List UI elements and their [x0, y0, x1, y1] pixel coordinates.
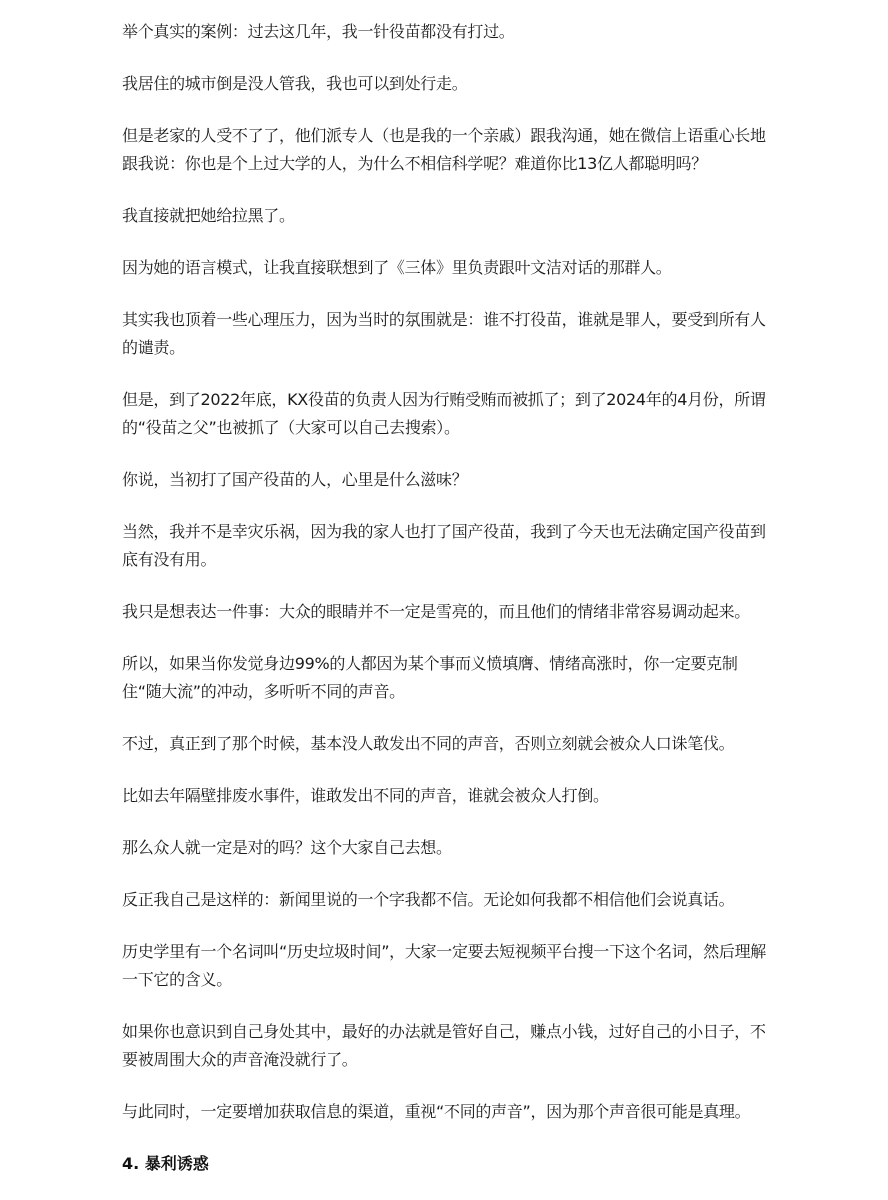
paragraph: 当然，我并不是幸灾乐祸，因为我的家人也打了国产役苗，我到了今天也无法确定国产役苗… — [122, 518, 772, 574]
paragraph: 历史学里有一个名词叫“历史垃圾时间”，大家一定要去短视频平台搜一下这个名词，然后… — [122, 938, 772, 994]
paragraph: 举个真实的案例：过去这几年，我一针役苗都没有打过。 — [122, 18, 772, 46]
paragraph: 那么众人就一定是对的吗？这个大家自己去想。 — [122, 834, 772, 862]
paragraph: 我直接就把她给拉黑了。 — [122, 202, 772, 230]
paragraph: 反正我自己是这样的：新闻里说的一个字我都不信。无论如何我都不相信他们会说真话。 — [122, 886, 772, 914]
paragraph: 不过，真正到了那个时候，基本没人敢发出不同的声音，否则立刻就会被众人口诛笔伐。 — [122, 730, 772, 758]
paragraph: 我只是想表达一件事：大众的眼睛并不一定是雪亮的，而且他们的情绪非常容易调动起来。 — [122, 598, 772, 626]
article-body: 举个真实的案例：过去这几年，我一针役苗都没有打过。 我居住的城市倒是没人管我，我… — [122, 18, 772, 1178]
paragraph: 其实我也顶着一些心理压力，因为当时的氛围就是：谁不打役苗，谁就是罪人，要受到所有… — [122, 306, 772, 362]
paragraph: 你说，当初打了国产役苗的人，心里是什么滋味？ — [122, 466, 772, 494]
paragraph: 所以，如果当你发觉身边99%的人都因为某个事而义愤填膺、情绪高涨时，你一定要克制… — [122, 650, 772, 706]
paragraph: 因为她的语言模式，让我直接联想到了《三体》里负责跟叶文洁对话的那群人。 — [122, 254, 772, 282]
section-heading: 4. 暴利诱惑 — [122, 1150, 772, 1178]
paragraph: 但是，到了2022年底，KX役苗的负责人因为行贿受贿而被抓了；到了2024年的4… — [122, 386, 772, 442]
paragraph: 但是老家的人受不了了，他们派专人（也是我的一个亲戚）跟我沟通，她在微信上语重心长… — [122, 122, 772, 178]
paragraph: 我居住的城市倒是没人管我，我也可以到处行走。 — [122, 70, 772, 98]
paragraph: 与此同时，一定要增加获取信息的渠道，重视“不同的声音”，因为那个声音很可能是真理… — [122, 1098, 772, 1126]
paragraph: 如果你也意识到自己身处其中，最好的办法就是管好自己，赚点小钱，过好自己的小日子，… — [122, 1018, 772, 1074]
paragraph: 比如去年隔壁排废水事件，谁敢发出不同的声音，谁就会被众人打倒。 — [122, 782, 772, 810]
